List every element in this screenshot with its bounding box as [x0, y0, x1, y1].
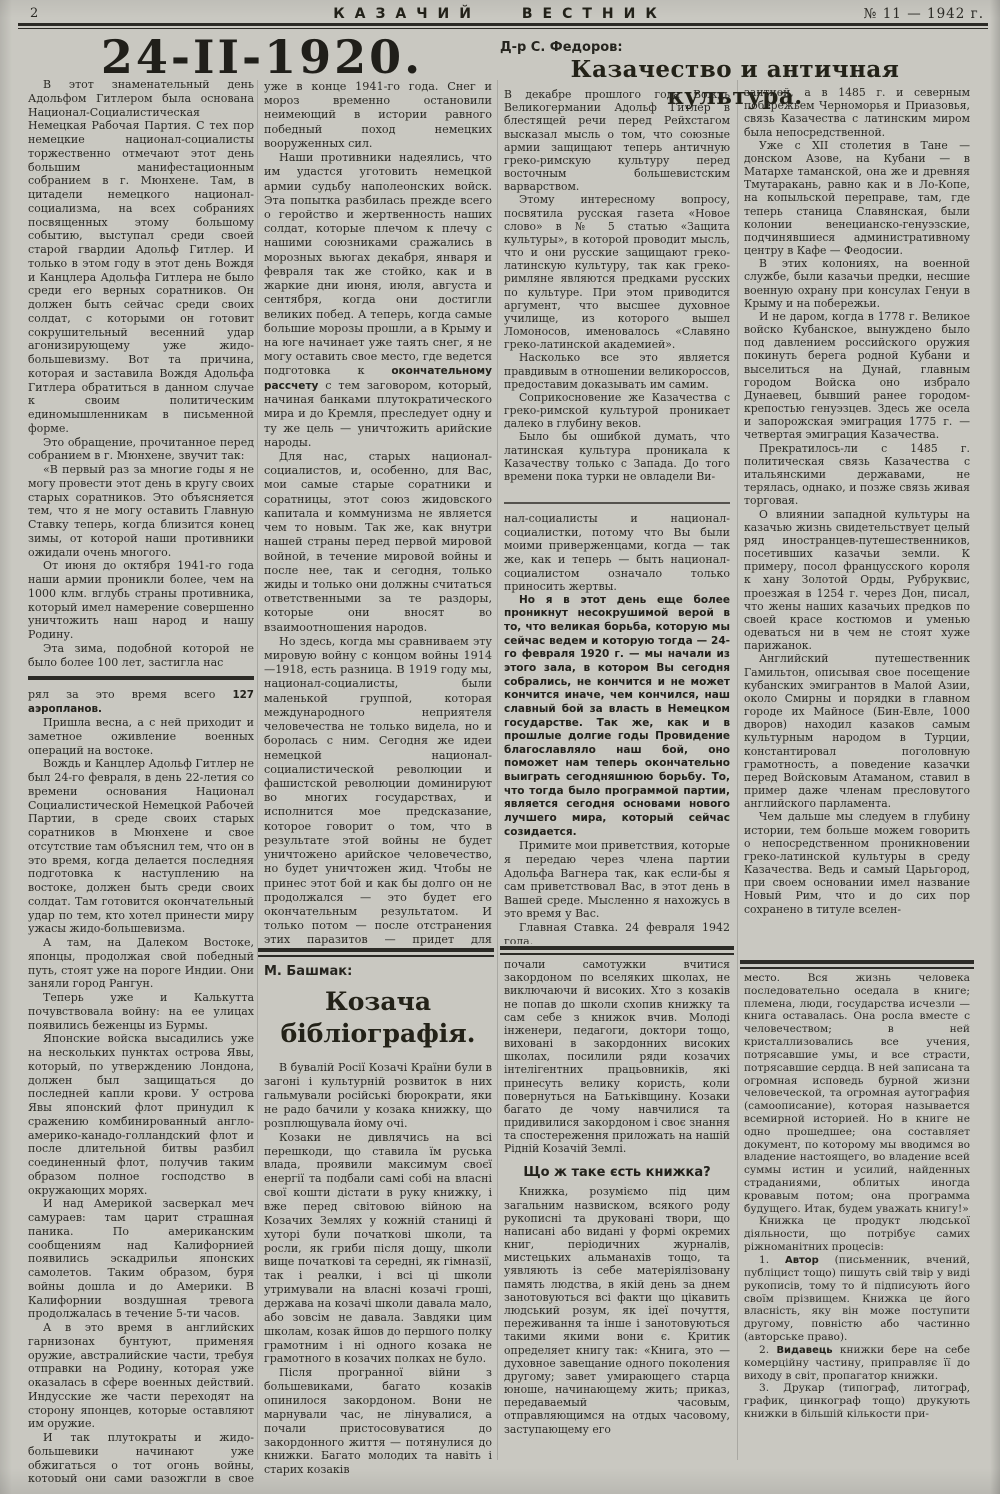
paragraph: Японские войска высадились уже на нескол…	[28, 1032, 254, 1197]
text-run: (письменник, вчений, публіцист тощо) пиш…	[744, 1254, 970, 1343]
paragraph: рял за это время всего 127 аэропланов.	[28, 688, 254, 716]
column-divider	[737, 80, 738, 1460]
paragraph: Після програнної війни з большевиками, б…	[264, 1366, 492, 1477]
paragraph: место. Вся жизнь человека последовательн…	[744, 972, 970, 1215]
paragraph: 1. Автор (письменник, вчений, публіцист …	[744, 1254, 970, 1344]
paragraph: В декабре прошлого года Вождь Великогерм…	[504, 88, 730, 193]
paragraph: В этот знаменательный день Адольфом Гитл…	[28, 78, 254, 436]
header-rule	[18, 23, 988, 29]
column-rule	[504, 502, 730, 504]
column-4-antique: зантией, а в 1485 г. и северным побережь…	[744, 86, 970, 958]
paragraph: зантией, а в 1485 г. и северным побережь…	[744, 86, 970, 139]
section-separator	[258, 948, 494, 957]
text-run: 1.	[759, 1254, 785, 1266]
paragraph: «В первый раз за многие годы я не могу п…	[28, 463, 254, 559]
paragraph: Вождь и Канцлер Адольф Гитлер не был 24-…	[28, 757, 254, 936]
paragraph: От июня до октября 1941-го года наши арм…	[28, 559, 254, 642]
paragraph: Теперь уже и Калькутта почувствовала вой…	[28, 991, 254, 1032]
paragraph: Прекратилось-ли с 1485 г. политическая с…	[744, 442, 970, 508]
paragraph: Насколько все это является правдивым в о…	[504, 351, 730, 391]
paragraph: Уже с XII столетия в Тане — донском Азов…	[744, 139, 970, 258]
paragraph: В этих колониях, на военной службе, были…	[744, 257, 970, 310]
bold-text: Видавець	[776, 1345, 832, 1356]
issue-label: № 11 — 1942 г.	[864, 6, 984, 22]
paragraph: Главная Ставка. 24 февраля 1942 года.	[504, 921, 730, 944]
paragraph: О влиянии западной культуры на казачью ж…	[744, 508, 970, 653]
column-divider	[257, 80, 258, 1460]
bibliography-subhead: Що ж таке єсть книжка?	[504, 1165, 730, 1181]
bold-paragraph: Но я в этот день еще более проникнут нес…	[504, 594, 730, 840]
paragraph: Английский путешественник Гамильтон, опи…	[744, 652, 970, 810]
column-rule	[28, 676, 254, 680]
paragraph: Этому интересному вопросу, посвятила рус…	[504, 193, 730, 351]
paragraph: Это обращение, прочитанное перед собрани…	[28, 436, 254, 464]
column-3-antique: В декабре прошлого года Вождь Великогерм…	[504, 88, 730, 496]
paragraph: В бувалій Росії Козачі Країни були в заг…	[264, 1061, 492, 1130]
editorial-headline: 24-II-1920.	[58, 30, 466, 84]
paragraph: Козаки не дивлячись на всі перешкоди, що…	[264, 1131, 492, 1367]
column-2-bibliography: М. Башмак: Козача бібліографія. В бувалі…	[264, 964, 492, 1477]
bibliography-headline: Козача бібліографія.	[264, 986, 492, 1049]
paragraph: Было бы ошибкой думать, что латинская ку…	[504, 430, 730, 483]
column-4-bibliography: место. Вся жизнь человека последовательн…	[744, 972, 970, 1492]
paragraph: Наши противники надеялись, что им удастс…	[264, 151, 492, 450]
paragraph: И так плутократы и жидо-большевики начин…	[28, 1431, 254, 1482]
column-3-bibliography: почали самотужки вчитися закордоном по в…	[504, 958, 730, 1492]
masthead: КАЗАЧИЙ ВЕСТНИК	[0, 6, 1000, 22]
text-run: 2.	[759, 1344, 776, 1356]
text-run: Наши противники надеялись, что им удастс…	[264, 151, 492, 377]
paragraph: Соприкосновение же Казачества с греко-ри…	[504, 391, 730, 431]
paragraph: И не даром, когда в 1778 г. Великое войс…	[744, 310, 970, 442]
column-3-editorial-continuation: нал-социалисты и национал-социалистки, п…	[504, 512, 730, 944]
newspaper-page: 2 КАЗАЧИЙ ВЕСТНИК № 11 — 1942 г. 24-II-1…	[0, 0, 1000, 1494]
paragraph: 2. Видавець книжки бере на себе комерцій…	[744, 1344, 970, 1383]
paragraph: А в это время в английских гарнизонах бу…	[28, 1321, 254, 1431]
section-separator	[740, 960, 974, 969]
paragraph: Книжка, розуміємо під цим загальним назв…	[504, 1185, 730, 1435]
paragraph: Пришла весна, а с ней приходит и заметно…	[28, 716, 254, 757]
paragraph: И над Америкой засверкал меч самураев: т…	[28, 1197, 254, 1321]
text-run: рял за это время всего	[28, 688, 232, 701]
column-divider	[497, 80, 498, 1460]
paragraph: нал-социалисты и национал-социалистки, п…	[504, 512, 730, 594]
bold-text: Автор	[785, 1255, 819, 1266]
column-1-editorial: В этот знаменательный день Адольфом Гитл…	[28, 78, 254, 1482]
paragraph: 3. Друкар (типограф, литограф, график, ц…	[744, 1382, 970, 1420]
paragraph: Но здесь, когда мы сравниваем эту мирову…	[264, 635, 492, 946]
paragraph: Примите мои приветствия, которые я перед…	[504, 839, 730, 921]
paragraph: почали самотужки вчитися закордоном по в…	[504, 958, 730, 1156]
paragraph: Эта зима, подобной которой не было более…	[28, 642, 254, 670]
paragraph: Чем дальше мы следуем в глубину истории,…	[744, 810, 970, 915]
paragraph: Книжка це продукт людської діяльности, щ…	[744, 1215, 970, 1253]
bibliography-byline: М. Башмак:	[264, 964, 492, 980]
section-separator	[500, 946, 734, 955]
paragraph: А там, на Далеком Востоке, японцы, продо…	[28, 936, 254, 991]
column-2-editorial: уже в конце 1941-го года. Снег и мороз в…	[264, 80, 492, 946]
paragraph: Для нас, старых национал-социалистов, и,…	[264, 450, 492, 635]
paragraph: уже в конце 1941-го года. Снег и мороз в…	[264, 80, 492, 151]
antique-byline: Д-р С. Федоров:	[500, 40, 623, 55]
